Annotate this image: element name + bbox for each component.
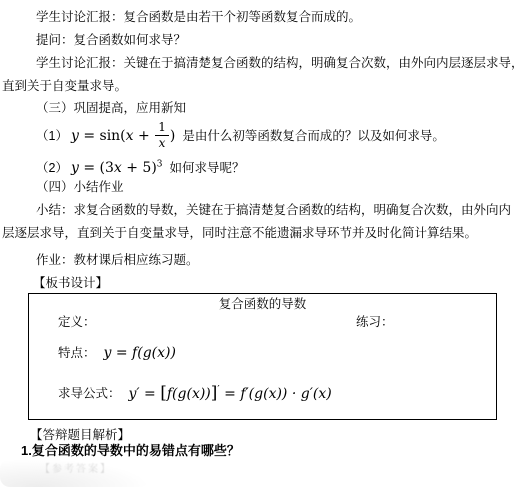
math-tail: = f′(g(x)) · g′(x) [220, 386, 332, 402]
board-derivative-row: 求导公式：y′ = [f(g(x))]′ = f′(g(x)) · g′(x) [58, 378, 496, 406]
math-plus: + [134, 128, 155, 144]
example-1-formula: y = sin(x + 1x) [71, 128, 175, 144]
math-var-y: y [71, 160, 79, 176]
paragraph-question-prompt: 提问：复合函数如何求导？ [36, 29, 524, 52]
board-feature-row: 特点：y = f(g(x)) [58, 343, 496, 363]
example-1-line: （1）y = sin(x + 1x)是由什么初等函数复合而成的？以及如何求导。 [36, 119, 524, 153]
feature-label: 特点： [58, 346, 96, 360]
faded-text-remnant: 【参考答案】 [40, 460, 112, 475]
blackboard-design-box: 复合函数的导数 定义： 练习： 特点：y = f(g(x)) 求导公式：y′ =… [28, 293, 497, 420]
board-definition-row: 定义： 练习： [29, 315, 496, 330]
section-heading-4: （四）小结作业 [36, 176, 524, 199]
math-close-paren: ) [170, 128, 175, 144]
example-2-formula: y = (3x + 5)3 [71, 160, 163, 176]
math-inner: f(g(x)) [167, 386, 211, 402]
defense-question-1: 1.复合函数的导数中的易错点有哪些？ [21, 443, 524, 459]
paragraph-summary-line1: 小结：求复合函数的导数，关键在于搞清楚复合函数的结构，明确复合次数，由外向内 [36, 199, 524, 222]
example-2-question: 如何求导呢？ [170, 161, 245, 175]
math-var-x: x [126, 128, 134, 144]
definition-label: 定义： [58, 315, 96, 329]
fraction-1-over-x: 1x [155, 121, 169, 149]
feature-formula: y = f(g(x)) [104, 345, 176, 361]
board-title: 复合函数的导数 [29, 297, 496, 312]
math-eq-sin: = sin( [79, 128, 126, 144]
math-bracket-open: [ [160, 383, 167, 403]
derivative-formula-label: 求导公式： [58, 387, 121, 401]
fraction-denominator: x [155, 136, 169, 150]
practice-label: 练习： [356, 315, 394, 330]
derivative-formula: y′ = [f(g(x))]′ = f′(g(x)) · g′(x) [129, 386, 332, 402]
paragraph-homework: 作业：教材课后相应练习题。 [36, 249, 524, 272]
lesson-plan-document: 学生讨论汇报：复合函数是由若干个初等函数复合而成的。 提问：复合函数如何求导？ … [0, 0, 524, 487]
math-exponent: 3 [157, 159, 163, 169]
paragraph-summary-line2: 层逐层求导，直到关于自变量求导，同时注意不能遗漏求导环节并及时化简计算结果。 [2, 222, 524, 245]
section-heading-3: （三）巩固提高，应用新知 [36, 98, 524, 119]
example-2-line: （2）y = (3x + 5)3如何求导呢？ [36, 153, 524, 176]
math-rest: + 5) [122, 160, 157, 176]
fraction-numerator: 1 [155, 121, 169, 136]
example-2-number: （2） [36, 161, 68, 175]
paragraph-student-report-2-line2: 直到关于自变量求导。 [2, 75, 524, 98]
math-var-x: x [114, 160, 122, 176]
defense-section-heading: 【答辩题目解析】 [30, 427, 524, 443]
math-var-y: y [71, 128, 79, 144]
example-1-question: 是由什么初等函数复合而成的？以及如何求导。 [182, 129, 445, 143]
math-head: y′ = [129, 386, 161, 402]
paragraph-student-report-2-line1: 学生讨论汇报：关键在于搞清楚复合函数的结构，明确复合次数，由外向内层逐层求导， [36, 52, 524, 75]
math-eq-open: = (3 [79, 160, 114, 176]
board-design-heading: 【板书设计】 [33, 272, 524, 295]
example-1-number: （1） [36, 129, 68, 143]
paragraph-student-report-1: 学生讨论汇报：复合函数是由若干个初等函数复合而成的。 [36, 6, 524, 29]
